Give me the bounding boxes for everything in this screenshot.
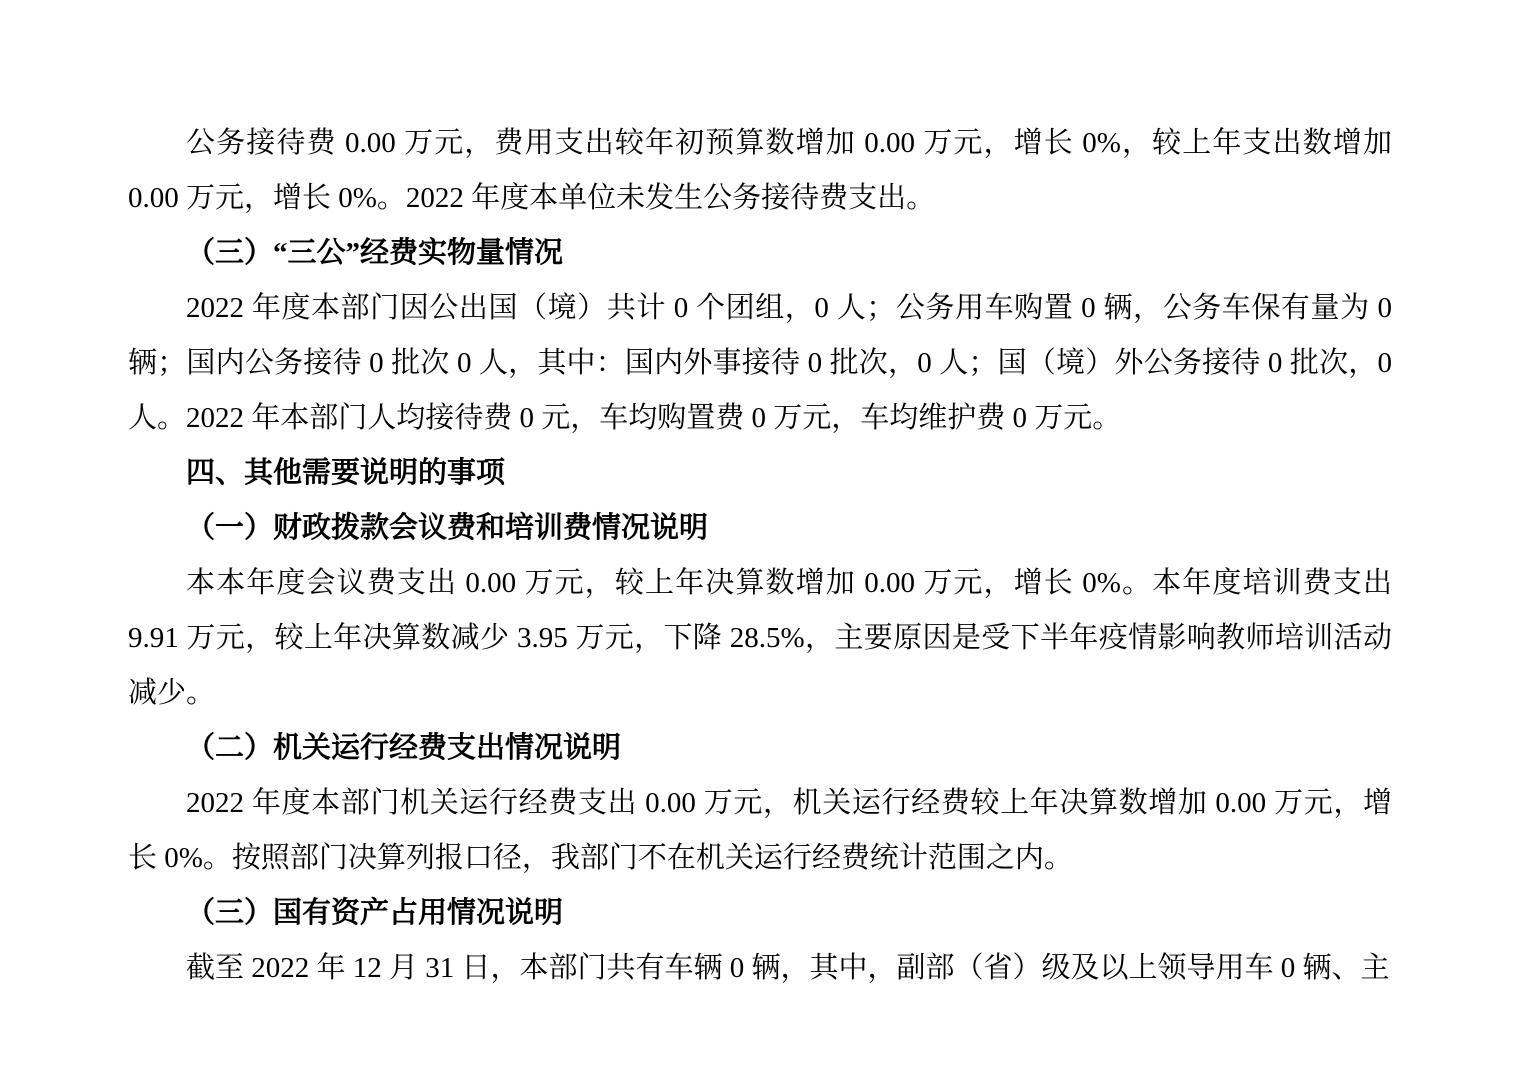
body-paragraph-agency-operating-expense: 2022 年度本部门机关运行经费支出 0.00 万元，机关运行经费较上年决算数增… <box>128 776 1392 886</box>
heading-meeting-training-fees: （一）财政拨款会议费和培训费情况说明 <box>128 501 1392 556</box>
body-paragraph-reception-expense: 公务接待费 0.00 万元，费用支出较年初预算数增加 0.00 万元，增长 0%… <box>128 116 1392 226</box>
heading-agency-operating-expense: （二）机关运行经费支出情况说明 <box>128 721 1392 776</box>
body-paragraph-state-assets-vehicles: 截至 2022 年 12 月 31 日，本部门共有车辆 0 辆，其中，副部（省）… <box>128 941 1392 996</box>
heading-state-assets-occupation: （三）国有资产占用情况说明 <box>128 886 1392 941</box>
body-paragraph-meeting-training-fees: 本本年度会议费支出 0.00 万元，较上年决算数增加 0.00 万元，增长 0%… <box>128 556 1392 721</box>
document-page: 公务接待费 0.00 万元，费用支出较年初预算数增加 0.00 万元，增长 0%… <box>0 0 1520 1074</box>
body-paragraph-three-public-details: 2022 年度本部门因公出国（境）共计 0 个团组，0 人；公务用车购置 0 辆… <box>128 281 1392 446</box>
heading-other-matters: 四、其他需要说明的事项 <box>128 446 1392 501</box>
heading-three-public-physical-quantity: （三）“三公”经费实物量情况 <box>128 226 1392 281</box>
page-text-content: 公务接待费 0.00 万元，费用支出较年初预算数增加 0.00 万元，增长 0%… <box>128 116 1392 996</box>
